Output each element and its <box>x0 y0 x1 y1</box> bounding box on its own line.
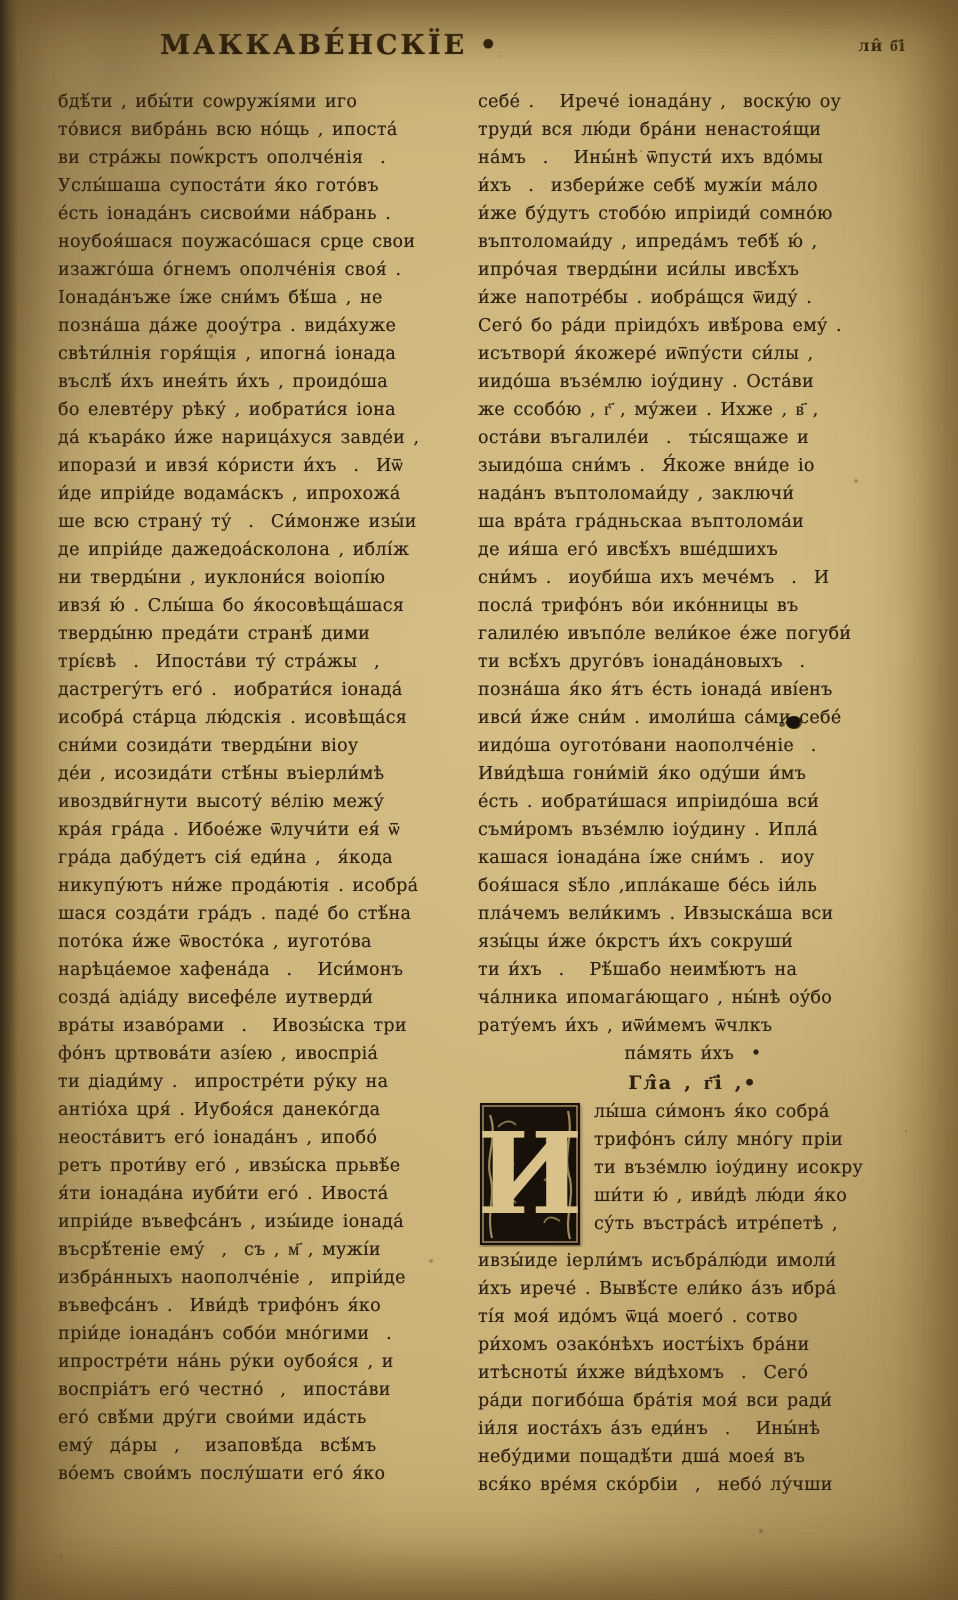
left-text-column: бдѣ́ти , ибы́ти соѡружі́ями иго то́вися … <box>58 88 470 1492</box>
book-page-scan: МАККАВЕ́НСКЇЕ • ли̂ б҃і бдѣ́ти , ибы́ти … <box>0 0 958 1600</box>
chapter-continuation: ивзы́иде іерли́мъ исъбра́лю́ди имоли́ и́… <box>478 1247 908 1499</box>
running-title: МАККАВЕ́НСКЇЕ • <box>0 30 660 61</box>
folio-number: ли̂ б҃і <box>858 36 906 56</box>
drop-cap-letter: И <box>480 1109 580 1240</box>
binding-edge <box>0 0 18 1600</box>
chapter-heading: Гл̂а , г҃і ,• <box>478 1068 908 1098</box>
right-text-column: себе́ . Ирече́ іонада́ну , воску́ю оу тр… <box>478 88 908 1548</box>
paragraph-end-line: па́мять и́хъ • <box>478 1040 908 1068</box>
chapter-opening-paragraph: И лы́ша си́монъ я́ко собра́ трифо́нъ си́… <box>478 1098 908 1247</box>
drop-cap-woodcut: И <box>480 1103 580 1245</box>
right-column-text: себе́ . Ирече́ іонада́ну , воску́ю оу тр… <box>478 88 908 1040</box>
ink-blot <box>786 716 802 729</box>
